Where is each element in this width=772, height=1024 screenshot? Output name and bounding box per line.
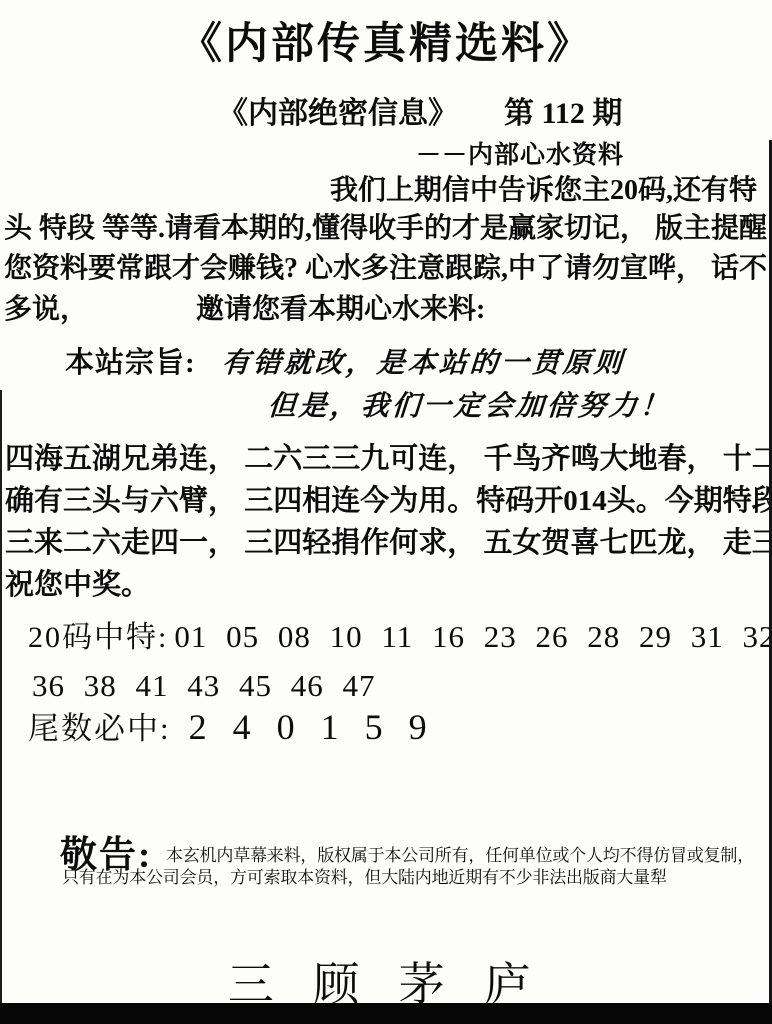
- poem-line-1: 四海五湖兄弟连， 二六三三九可连， 千鸟齐鸣大地春， 十二生肖此中间: [5, 436, 771, 477]
- motto-line-1: 有错就改，是本站的一贯原则: [220, 341, 626, 381]
- picks-numbers-line-1: 01 05 08 10 11 16 23 26 28 29 31 32 35: [174, 619, 772, 655]
- intro-line-1: 我们上期信中告诉您主20码,还有特: [4, 168, 772, 208]
- poem-line-2: 确有三头与六臂， 三四相连今为用。特码开014头。今期特段04到35，: [5, 478, 771, 519]
- poem-line-4: 祝您中奖。: [5, 562, 771, 603]
- tails-numbers: 2 4 0 1 5 9: [189, 706, 428, 748]
- picks-label: 20码中特:: [28, 612, 168, 656]
- motto-row: 本站宗旨:有错就改，是本站的一贯原则: [65, 340, 625, 381]
- intro-line-4-left: 多说，: [4, 294, 88, 325]
- motto-line-2: 但是，我们一定会加倍努力！: [267, 384, 673, 424]
- picks-numbers-line-2: 36 38 41 43 45 46 47: [32, 668, 376, 704]
- subtitle: 《内部绝密信息》: [218, 97, 458, 130]
- page-title: 《内部传真精选料》: [0, 10, 772, 71]
- scan-artifact-bottom-bar: [0, 1003, 772, 1024]
- scan-artifact-left-edge: [0, 390, 2, 1003]
- notice-line-2: 只有在为本公司会员，方可索取本资料，但大陆内地近期有不少非法出版商大量犁: [62, 863, 667, 888]
- picks-row-1: 20码中特: 01 05 08 10 11 16 23 26 28 29 31 …: [28, 612, 772, 656]
- subtitle-row: 《内部绝密信息》第 112 期: [218, 88, 622, 132]
- issue-number: 第 112 期: [504, 97, 622, 130]
- motto-label: 本站宗旨:: [65, 347, 196, 379]
- intro-line-3: 您资料要常跟才会赚钱? 心水多注意跟踪,中了请勿宣哗， 话不: [4, 246, 770, 286]
- intro-line-2: 头 特段 等等.请看本期的,懂得收手的才是赢家切记， 版主提醒: [4, 206, 770, 246]
- tails-label: 尾数必中:: [28, 703, 171, 748]
- intro-line-4: 多说，邀请您看本期心水来料:: [4, 287, 770, 327]
- tagline: －－内部心水资料: [416, 135, 624, 171]
- tails-row: 尾数必中: 2 4 0 1 5 9: [28, 703, 428, 748]
- intro-line-4-invite: 邀请您看本期心水来料:: [196, 294, 485, 325]
- poem-line-3: 三来二六走四一， 三四轻捐作何求， 五女贺喜七匹龙， 走三闯一是人家。: [5, 520, 771, 561]
- fax-tip-sheet: 《内部传真精选料》 《内部绝密信息》第 112 期 －－内部心水资料 我们上期信…: [0, 0, 772, 1024]
